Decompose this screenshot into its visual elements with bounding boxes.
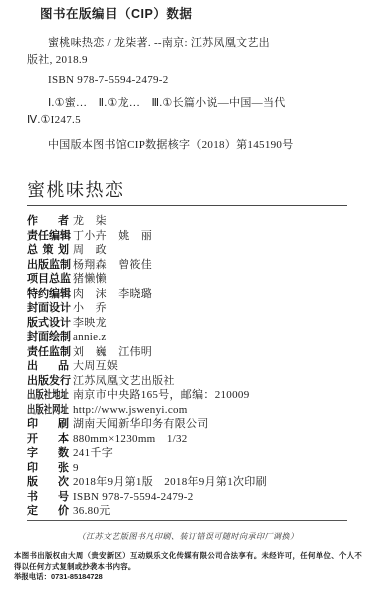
colophon-row-value: 李映龙 (73, 314, 107, 330)
cip-section: 图书在版编目（CIP）数据 蜜桃味热恋 / 龙柒著. --南京: 江苏凤凰文艺出… (0, 7, 375, 521)
colophon-row: 印张 9 (27, 459, 347, 474)
exchange-note: （江苏文艺版图书凡印刷、装订错误可随时向承印厂调换） (14, 532, 362, 542)
colophon-row: 出版社地址 南京市中央路165号，邮编：210009 (27, 386, 347, 401)
colophon-rows: 作者 龙 柒 责任编辑 丁小卉 姚 丽 总策划 周 政 出版监制 杨翔森 曾筱佳… (27, 212, 347, 517)
divider-bottom (27, 520, 347, 522)
colophon-row: 封面设计 小 乔 (27, 299, 347, 314)
colophon-row: 总策划 周 政 (27, 241, 347, 256)
cip-classification: Ⅰ.①蜜… Ⅱ.①龙… Ⅲ.①长篇小说—中国—当代 Ⅳ.①I247.5 (27, 95, 347, 129)
colophon-row-value: ISBN 978-7-5594-2479-2 (73, 491, 194, 503)
colophon-row: 版式设计 李映龙 (27, 314, 347, 329)
cip-header: 图书在版编目（CIP）数据 (27, 7, 347, 22)
report-phone: 举报电话：0731-85184728 (14, 572, 362, 583)
cip-line: 版社, 2018.9 (27, 52, 347, 69)
colophon-row: 印刷 湖南天闻新华印务有限公司 (27, 415, 347, 430)
colophon-row: 作者 龙 柒 (27, 212, 347, 227)
cip-record-number: 中国版本图书馆CIP数据核字（2018）第145190号 (27, 137, 347, 154)
colophon-row: 特约编辑 肉 沫 李晓璐 (27, 285, 347, 300)
colophon-row: 字数 241千字 (27, 444, 347, 459)
copyright-page: 图书在版编目（CIP）数据 蜜桃味热恋 / 龙柒著. --南京: 江苏凤凰文艺出… (0, 0, 375, 603)
book-title: 蜜桃味热恋 (27, 178, 347, 202)
colophon-row-label: 出版社网址 (27, 401, 69, 417)
colophon-row-value: http://www.jswenyi.com (73, 404, 188, 416)
colophon-row: 出版社网址 http://www.jswenyi.com (27, 401, 347, 416)
cip-line: Ⅰ.①蜜… Ⅱ.①龙… Ⅲ.①长篇小说—中国—当代 (27, 95, 347, 112)
copyright-notice: 本图书出版权由大周（贵安新区）互动娱乐文化传媒有限公司合法享有。未经许可，任何单… (14, 551, 362, 572)
colophon-row-value: 241千字 (73, 444, 113, 460)
cip-line: Ⅳ.①I247.5 (27, 112, 347, 129)
colophon-row: 出版监制 杨翔森 曾筱佳 (27, 256, 347, 271)
colophon-row: 封面绘制 annie.z (27, 328, 347, 343)
colophon-row-value: 36.80元 (73, 502, 111, 518)
colophon-row-value: 2018年9月第1版 2018年9月第1次印刷 (73, 473, 267, 489)
bottom-notes: （江苏文艺版图书凡印刷、装订错误可随时向承印厂调换） 本图书出版权由大周（贵安新… (0, 532, 375, 583)
cip-description: 蜜桃味热恋 / 龙柒著. --南京: 江苏凤凰文艺出 版社, 2018.9 (27, 35, 347, 69)
colophon-row: 版次 2018年9月第1版 2018年9月第1次印刷 (27, 473, 347, 488)
divider-top (27, 205, 347, 206)
colophon-row: 定价 36.80元 (27, 502, 347, 517)
colophon-row: 出品 大周互娱 (27, 357, 347, 372)
colophon-row: 开本 880mm×1230mm 1/32 (27, 430, 347, 445)
colophon-row-value: annie.z (73, 331, 107, 343)
cip-line: 蜜桃味热恋 / 龙柒著. --南京: 江苏凤凰文艺出 (27, 35, 347, 52)
colophon-row: 书号 ISBN 978-7-5594-2479-2 (27, 488, 347, 503)
colophon-row: 责任编辑 丁小卉 姚 丽 (27, 227, 347, 242)
colophon-row-label: 定价 (27, 502, 69, 518)
colophon-row: 项目总监 猪懒懒 (27, 270, 347, 285)
colophon-row: 出版发行 江苏凤凰文艺出版社 (27, 372, 347, 387)
colophon-row-value: 9 (73, 462, 79, 474)
colophon-row-value: 南京市中央路165号，邮编：210009 (73, 386, 250, 402)
cip-isbn: ISBN 978-7-5594-2479-2 (27, 72, 347, 89)
colophon-row: 责任监制 刘 巍 江伟明 (27, 343, 347, 358)
